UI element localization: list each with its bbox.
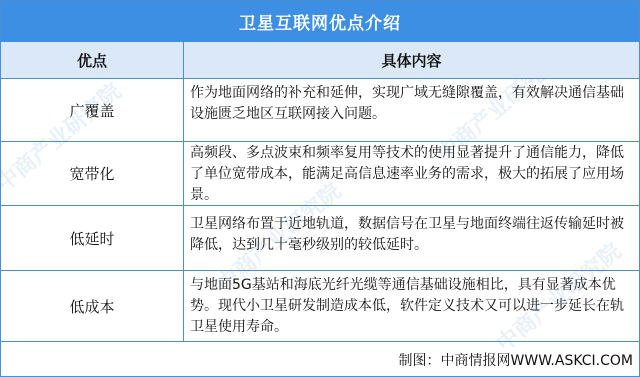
advantage-cell: 低成本 [1,271,184,341]
content-cell: 作为地面网络的补充和延伸，实现广域无缝隙覆盖，有效解决通信基础设施匮乏地区互联网… [184,79,639,141]
header-advantage: 优点 [1,42,184,78]
content-cell: 高频段、多点波束和频率复用等技术的使用显著提升了通信能力，降低了单位宽带成本，能… [184,142,639,205]
advantage-cell: 广覆盖 [1,79,184,141]
content-cell: 卫星网络布置于近地轨道，数据信号在卫星与地面终端往返传输延时被降低，达到几十毫秒… [184,206,639,270]
table-frame: 中商产业研究院 中商产业研究院 中商产业研究院 中商产业研究院 卫星互联网优点介… [0,0,640,377]
table-row: 低延时 卫星网络布置于近地轨道，数据信号在卫星与地面终端往返传输延时被降低，达到… [1,206,639,271]
table-row: 低成本 与地面5G基站和海底光纤光缆等通信基础设施相比，具有显著成本优势。现代小… [1,271,639,342]
table-header: 优点 具体内容 [1,42,639,79]
source-credit: 制图：中商情报网WWW.ASKCI.COM [399,350,633,370]
table-row: 广覆盖 作为地面网络的补充和延伸，实现广域无缝隙覆盖，有效解决通信基础设施匮乏地… [1,79,639,142]
advantage-cell: 低延时 [1,206,184,270]
header-content: 具体内容 [184,42,639,78]
table-row: 宽带化 高频段、多点波束和频率复用等技术的使用显著提升了通信能力，降低了单位宽带… [1,142,639,206]
page-title: 卫星互联网优点介绍 [1,1,639,42]
content-cell: 与地面5G基站和海底光纤光缆等通信基础设施相比，具有显著成本优势。现代小卫星研发… [184,271,639,341]
advantage-cell: 宽带化 [1,142,184,205]
